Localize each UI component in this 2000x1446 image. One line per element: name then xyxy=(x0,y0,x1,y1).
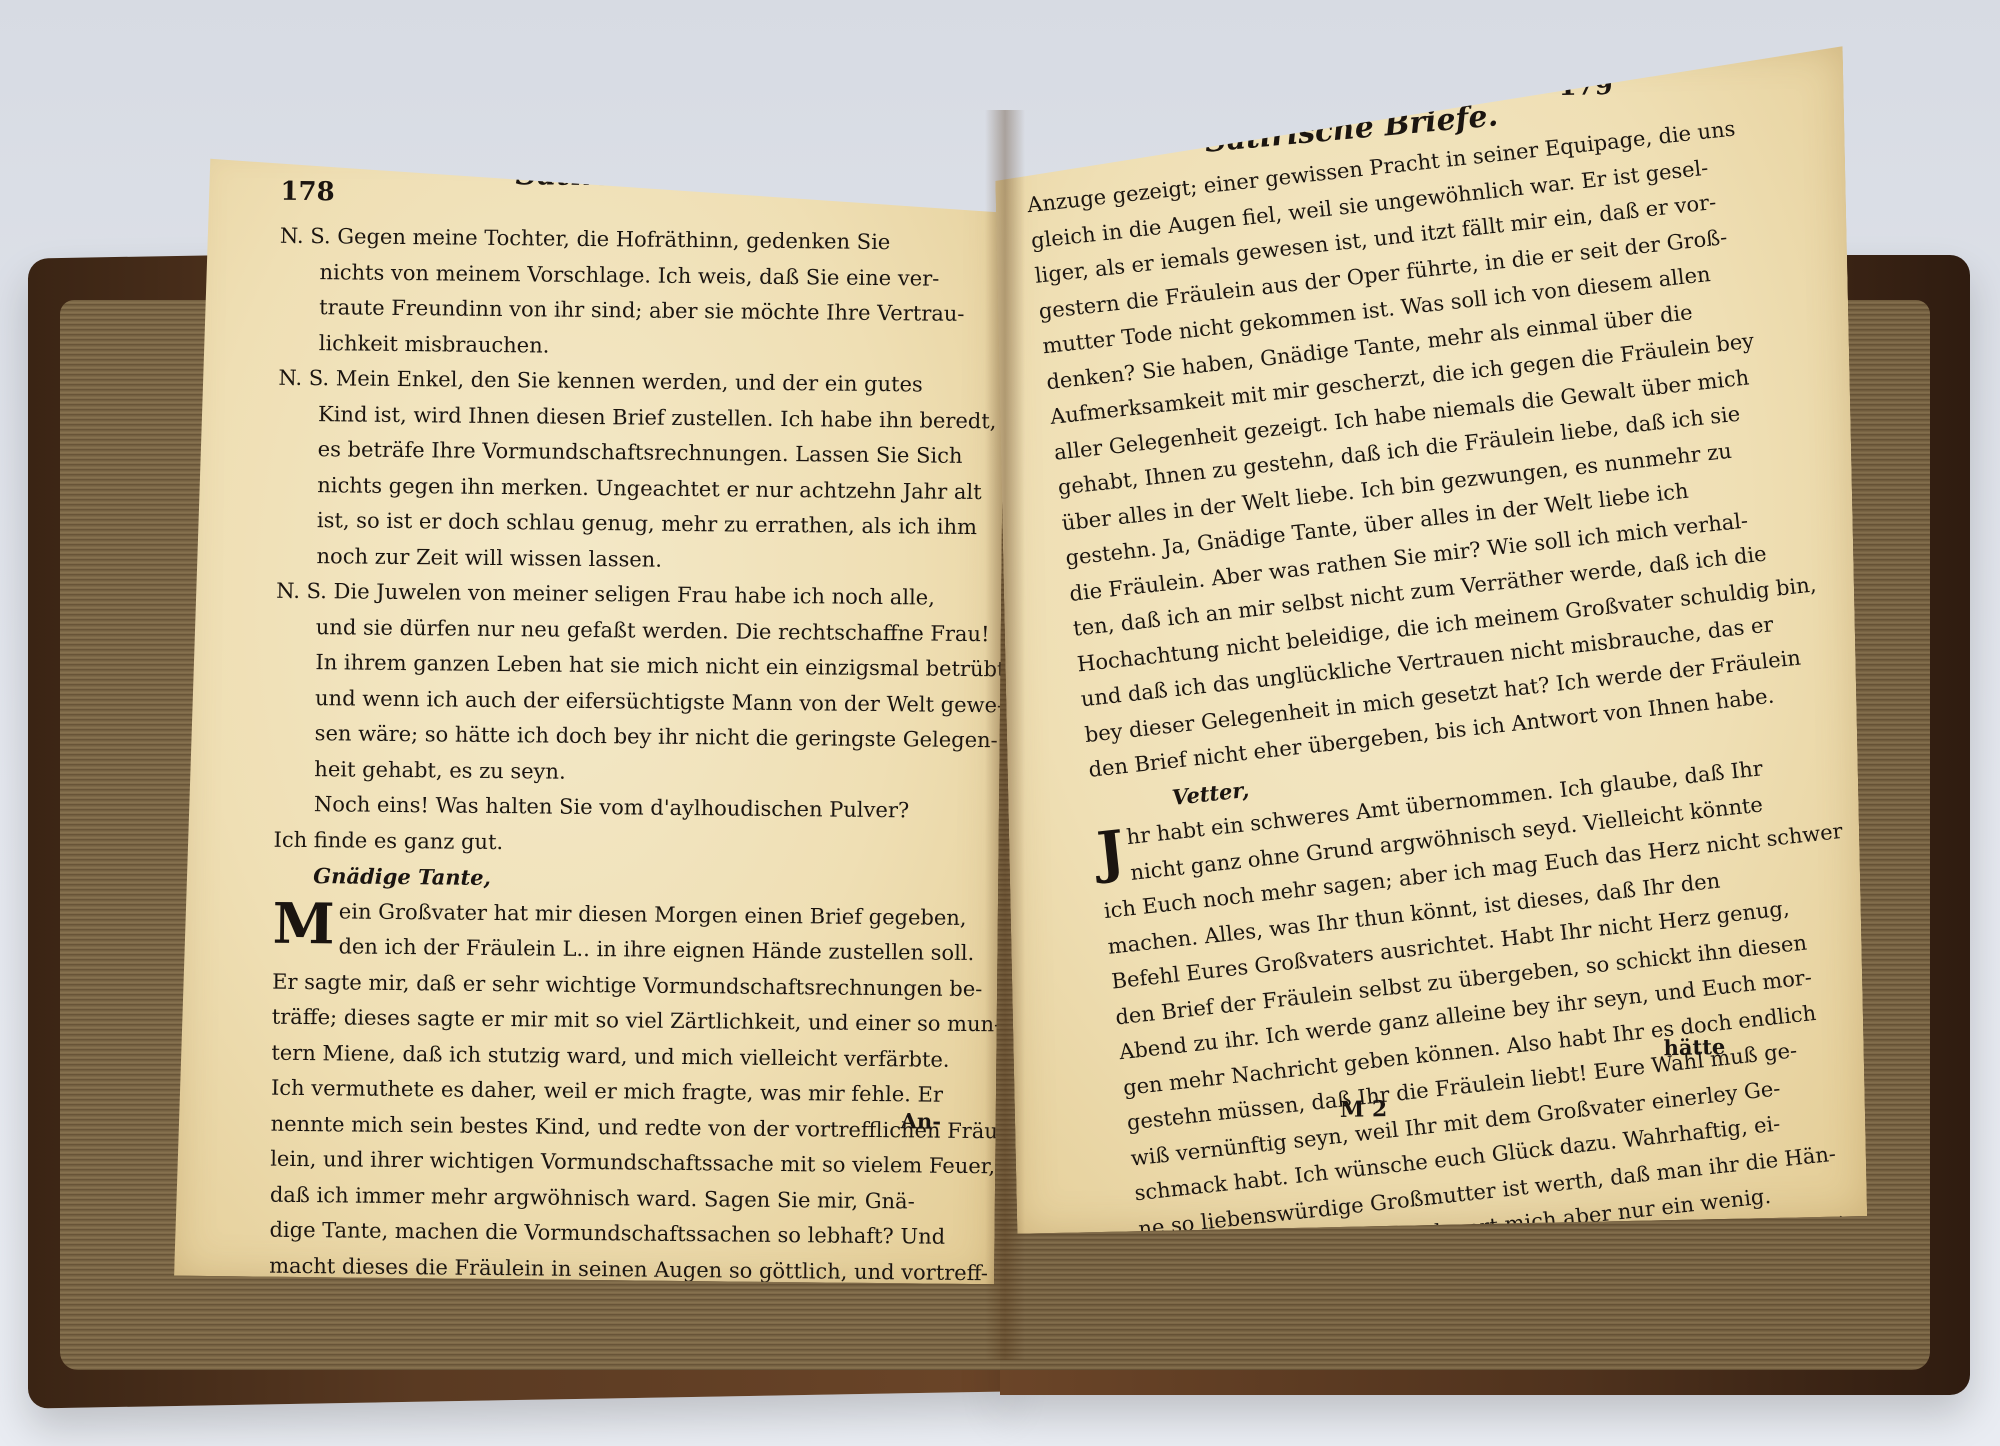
drop-cap: M xyxy=(272,893,335,954)
catchword: hätte xyxy=(1663,1034,1725,1060)
running-title: Satirische Briefe. xyxy=(515,157,809,195)
left-page: 178 Satirische Briefe. N. S. Gegen meine… xyxy=(174,136,1006,1285)
signature-mark: M 2 xyxy=(1340,1096,1388,1123)
right-page-text: Anzuge gezeigt; einer gewissen Pracht in… xyxy=(1025,108,1891,1353)
page-number: 179 xyxy=(1558,71,1613,102)
left-page-text: N. S. Gegen meine Tochter, die Hofräthin… xyxy=(268,219,1017,1398)
right-page: Satirische Briefe. 179 Anzuge gezeigt; e… xyxy=(993,46,1867,1234)
catchword: An- xyxy=(901,1108,942,1133)
book-gutter xyxy=(985,110,1025,1360)
page-number: 178 xyxy=(280,177,335,208)
drop-cap: J xyxy=(1094,821,1127,884)
open-book: 178 Satirische Briefe. N. S. Gegen meine… xyxy=(0,0,2000,1446)
